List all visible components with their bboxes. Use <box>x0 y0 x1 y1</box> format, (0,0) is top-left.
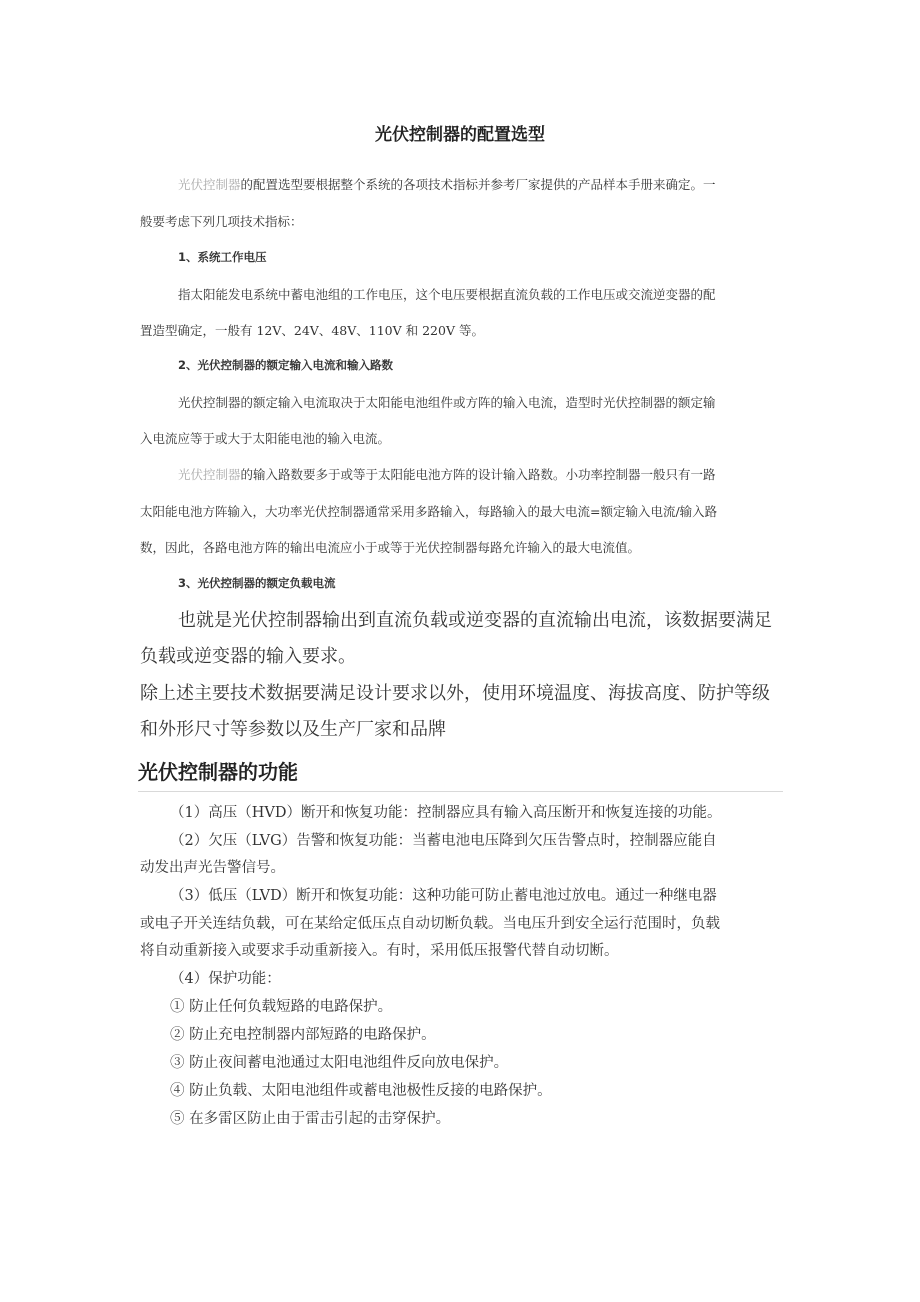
section-2-p2-line-1: 光伏控制器的输入路数要多于或等于太阳能电池方阵的设计输入路数。小功率控制器一般只… <box>178 465 716 483</box>
function-3-line-1: （3）低压（LVD）断开和恢复功能：这种功能可防止蓄电池过放电。通过一种继电器 <box>170 884 717 905</box>
section-1-line-2: 置造型确定，一般有 12V、24V、48V、110V 和 220V 等。 <box>140 321 484 339</box>
protection-item: ③ 防止夜间蓄电池通过太阳电池组件反向放电保护。 <box>170 1051 508 1072</box>
controller-link[interactable]: 光伏控制器 <box>178 177 241 192</box>
section-1-heading: 1、系统工作电压 <box>178 249 267 265</box>
function-3-line-2: 或电子开关连结负载，可在某给定低压点自动切断负载。当电压升到安全运行范围时，负载 <box>140 912 720 933</box>
function-1: （1）高压（HVD）断开和恢复功能：控制器应具有输入高压断开和恢复连接的功能。 <box>170 801 721 822</box>
section-3-line-3: 除上述主要技术数据要满足设计要求以外，使用环境温度、海拔高度、防护等级 <box>140 679 770 705</box>
section-2-p1-line-2: 入电流应等于或大于太阳能电池的输入电流。 <box>140 429 390 447</box>
section-3-line-2: 负载或逆变器的输入要求。 <box>140 642 356 668</box>
intro-line-1: 光伏控制器的配置选型要根据整个系统的各项技术指标并参考厂家提供的产品样本手册来确… <box>178 175 716 193</box>
section-1-line-1: 指太阳能发电系统中蓄电池组的工作电压，这个电压要根据直流负载的工作电压或交流逆变… <box>178 285 716 303</box>
document-title: 光伏控制器的配置选型 <box>0 120 920 145</box>
section-3-line-1: 也就是光伏控制器输出到直流负载或逆变器的直流输出电流，该数据要满足 <box>178 606 772 632</box>
document-page: 光伏控制器的配置选型 光伏控制器的配置选型要根据整个系统的各项技术指标并参考厂家… <box>0 0 920 1302</box>
protection-item: ④ 防止负载、太阳电池组件或蓄电池极性反接的电路保护。 <box>170 1079 552 1100</box>
controller-link[interactable]: 光伏控制器 <box>178 467 241 482</box>
section-2-p2-text: 的输入路数要多于或等于太阳能电池方阵的设计输入路数。小功率控制器一般只有一路 <box>241 467 716 482</box>
protection-item: ② 防止充电控制器内部短路的电路保护。 <box>170 1023 436 1044</box>
functions-heading: 光伏控制器的功能 <box>138 756 298 785</box>
section-3-line-4: 和外形尺寸等参数以及生产厂家和品牌 <box>140 715 446 741</box>
function-2-line-1: （2）欠压（LVG）告警和恢复功能：当蓄电池电压降到欠压告警点时，控制器应能自 <box>170 829 717 850</box>
protection-item: ⑤ 在多雷区防止由于雷击引起的击穿保护。 <box>170 1107 450 1128</box>
protection-item: ① 防止任何负载短路的电路保护。 <box>170 995 392 1016</box>
function-2-line-2: 动发出声光告警信号。 <box>140 856 285 877</box>
section-2-p1-line-1: 光伏控制器的额定输入电流取决于太阳能电池组件或方阵的输入电流，造型时光伏控制器的… <box>178 393 716 411</box>
section-2-heading: 2、光伏控制器的额定输入电流和输入路数 <box>178 357 393 373</box>
intro-text: 的配置选型要根据整个系统的各项技术指标并参考厂家提供的产品样本手册来确定。一 <box>241 177 716 192</box>
intro-line-2: 般要考虑下列几项技术指标： <box>140 212 303 230</box>
section-2-p2-line-3: 数，因此，各路电池方阵的输出电流应小于或等于光伏控制器每路允许输入的最大电流值。 <box>140 538 640 556</box>
section-2-p2-line-2: 太阳能电池方阵输入，大功率光伏控制器通常采用多路输入，每路输入的最大电流=额定输… <box>140 502 717 520</box>
function-3-line-3: 将自动重新接入或要求手动重新接入。有时，采用低压报警代替自动切断。 <box>140 939 619 960</box>
heading-divider <box>138 791 783 792</box>
section-3-heading: 3、光伏控制器的额定负载电流 <box>178 575 336 591</box>
function-4: （4）保护功能： <box>170 967 281 988</box>
